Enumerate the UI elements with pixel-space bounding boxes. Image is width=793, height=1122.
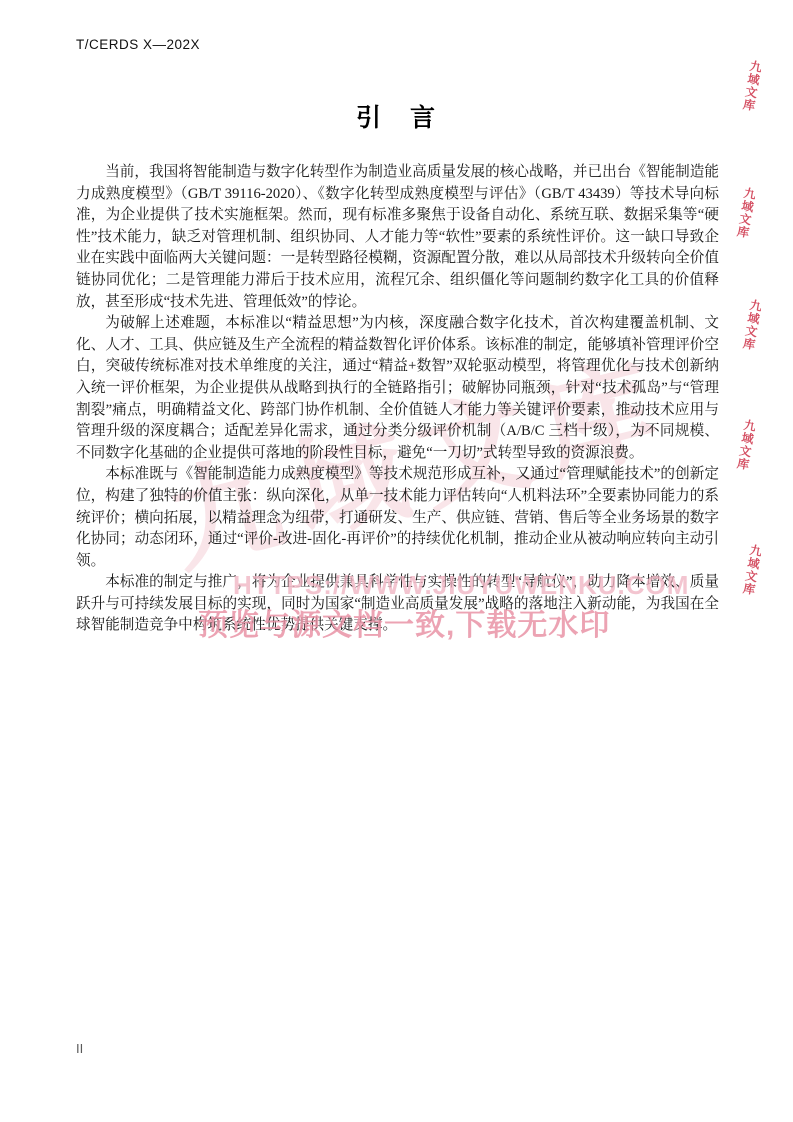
edge-watermark: 九域文库 [734,418,760,472]
paragraph: 为破解上述难题，本标准以“精益思想”为内核，深度融合数字化技术，首次构建覆盖机制… [76,313,719,464]
document-page: T/CERDS X—202X 引 言 九域文库 当前，我国将智能制造与数字化转型… [0,0,793,1122]
page-number: II [76,1041,83,1056]
body-text: 当前，我国将智能制造与数字化转型作为制造业高质量发展的核心战略，并已出台《智能制… [76,162,719,637]
edge-watermark: 九域文库 [740,298,766,352]
paragraph: 本标准既与《智能制造能力成熟度模型》等技术规范形成互补，又通过“管理赋能技术”的… [76,464,719,572]
paragraph: 本标准的制定与推广，将为企业提供兼具科学性与实操性的转型“导航仪”，助力降本增效… [76,572,719,637]
paragraph: 当前，我国将智能制造与数字化转型作为制造业高质量发展的核心战略，并已出台《智能制… [76,162,719,313]
page-title: 引 言 [0,98,793,134]
edge-watermark: 九域文库 [734,186,760,240]
edge-watermark: 九域文库 [740,543,766,597]
standard-number-header: T/CERDS X—202X [76,37,200,52]
